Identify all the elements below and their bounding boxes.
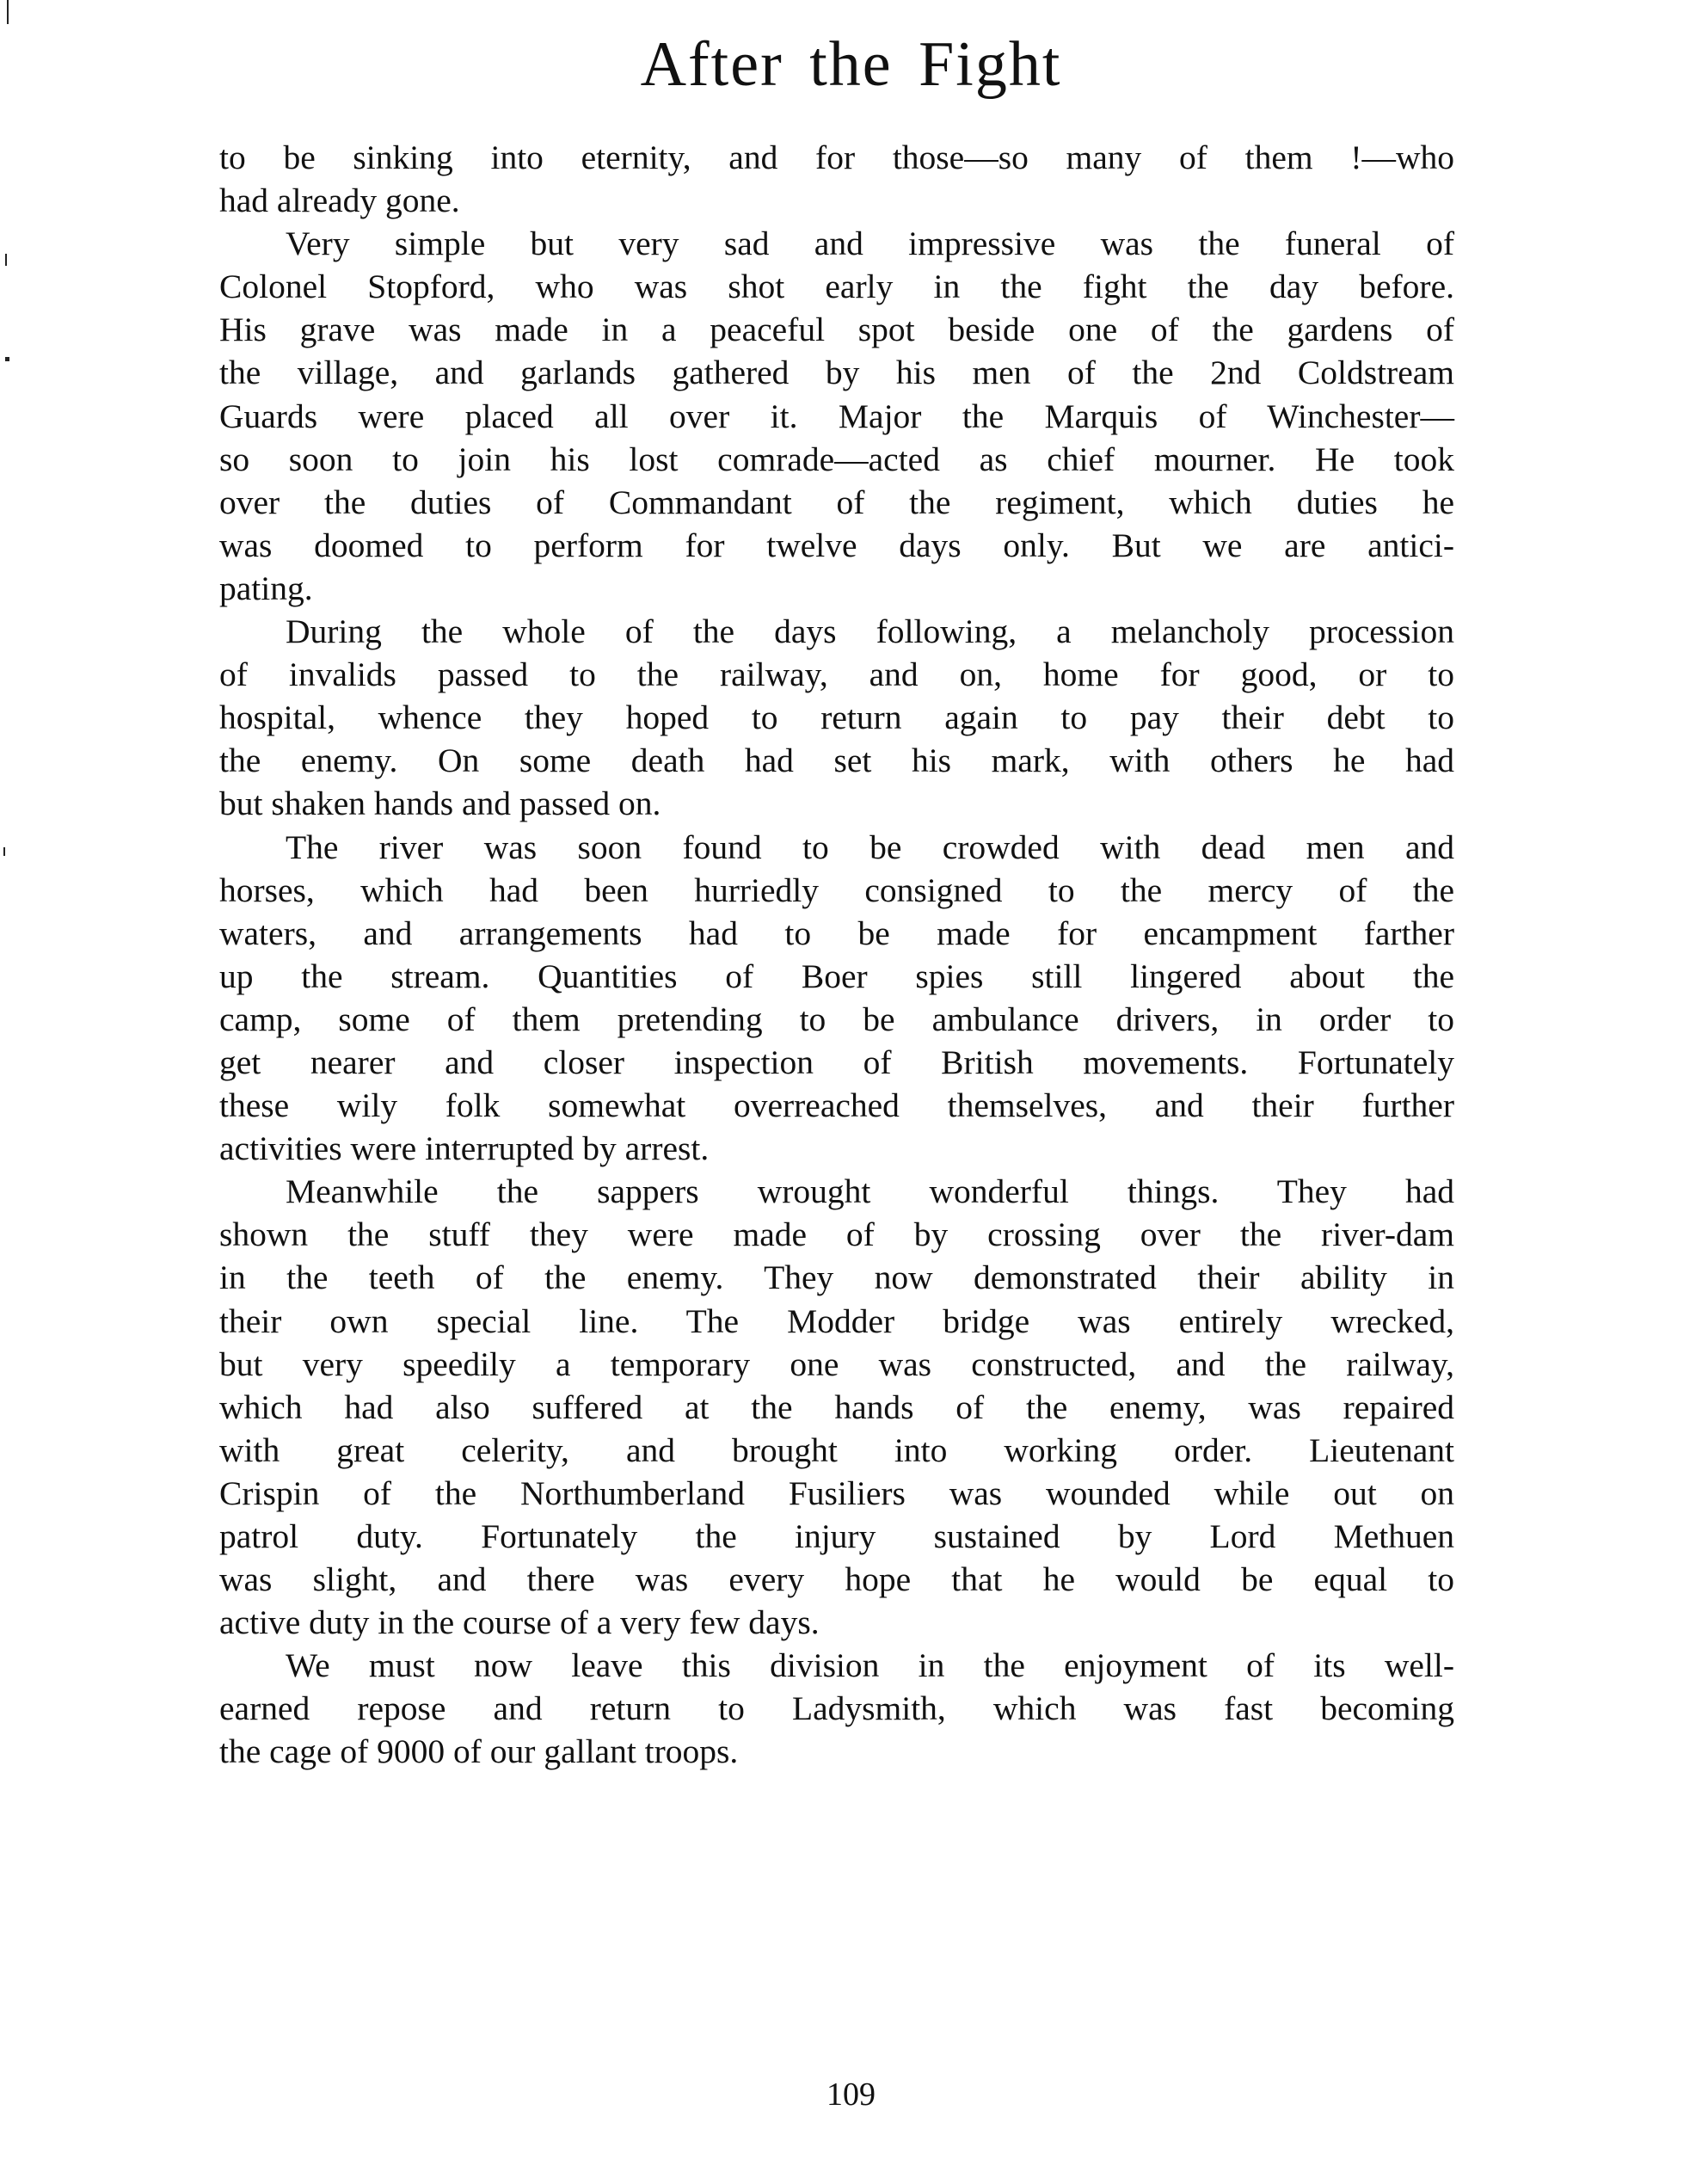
text-line: so soon to join his lost comrade—acted a… bbox=[219, 438, 1454, 481]
paragraph: The river was soon found to be crowded w… bbox=[219, 826, 1454, 1171]
text-line: Meanwhile the sappers wrought wonderful … bbox=[219, 1170, 1454, 1213]
text-line: horses, which had been hurriedly consign… bbox=[219, 869, 1454, 912]
text-line: patrol duty. Fortunately the injury sust… bbox=[219, 1515, 1454, 1558]
text-line: was slight, and there was every hope tha… bbox=[219, 1558, 1454, 1601]
text-line: waters, and arrangements had to be made … bbox=[219, 912, 1454, 955]
scan-artifact bbox=[7, 0, 9, 24]
text-line: During the whole of the days following, … bbox=[219, 610, 1454, 653]
text-line: The river was soon found to be crowded w… bbox=[219, 826, 1454, 869]
text-line: the enemy. On some death had set his mar… bbox=[219, 739, 1454, 782]
text-line: hospital, whence they hoped to return ag… bbox=[219, 696, 1454, 739]
text-line: the cage of 9000 of our gallant troops. bbox=[219, 1730, 1454, 1773]
text-line: but very speedily a temporary one was co… bbox=[219, 1343, 1454, 1386]
running-title: After the Fight bbox=[0, 26, 1702, 103]
paragraph: to be sinking into eternity, and for tho… bbox=[219, 136, 1454, 222]
text-line: shown the stuff they were made of by cro… bbox=[219, 1213, 1454, 1256]
text-line: activities were interrupted by arrest. bbox=[219, 1127, 1454, 1170]
text-line: Guards were placed all over it. Major th… bbox=[219, 395, 1454, 438]
text-line: up the stream. Quantities of Boer spies … bbox=[219, 955, 1454, 998]
text-line: with great celerity, and brought into wo… bbox=[219, 1429, 1454, 1472]
text-line: His grave was made in a peaceful spot be… bbox=[219, 308, 1454, 351]
text-line: but shaken hands and passed on. bbox=[219, 782, 1454, 825]
text-line: their own special line. The Modder bridg… bbox=[219, 1300, 1454, 1343]
text-line: pating. bbox=[219, 567, 1454, 610]
text-line: was doomed to perform for twelve days on… bbox=[219, 524, 1454, 567]
text-line: camp, some of them pretending to be ambu… bbox=[219, 998, 1454, 1041]
scan-artifact bbox=[3, 847, 5, 856]
text-line: Colonel Stopford, who was shot early in … bbox=[219, 265, 1454, 308]
text-line: active duty in the course of a very few … bbox=[219, 1601, 1454, 1644]
text-line: over the duties of Commandant of the reg… bbox=[219, 481, 1454, 524]
text-line: had already gone. bbox=[219, 179, 1454, 222]
book-page: After the Fight to be sinking into etern… bbox=[0, 0, 1702, 2184]
paragraph: Very simple but very sad and impressive … bbox=[219, 222, 1454, 610]
text-line: which had also suffered at the hands of … bbox=[219, 1386, 1454, 1429]
text-line: We must now leave this division in the e… bbox=[219, 1644, 1454, 1687]
text-line: Very simple but very sad and impressive … bbox=[219, 222, 1454, 265]
scan-artifact bbox=[5, 357, 9, 361]
scan-artifact bbox=[5, 254, 7, 266]
text-line: in the teeth of the enemy. They now demo… bbox=[219, 1256, 1454, 1299]
text-line: to be sinking into eternity, and for tho… bbox=[219, 136, 1454, 179]
paragraph: During the whole of the days following, … bbox=[219, 610, 1454, 825]
text-line: Crispin of the Northumberland Fusiliers … bbox=[219, 1472, 1454, 1515]
body-text: to be sinking into eternity, and for tho… bbox=[219, 136, 1454, 1774]
text-line: get nearer and closer inspection of Brit… bbox=[219, 1041, 1454, 1084]
text-line: these wily folk somewhat overreached the… bbox=[219, 1084, 1454, 1127]
text-line: earned repose and return to Ladysmith, w… bbox=[219, 1687, 1454, 1730]
text-line: the village, and garlands gathered by hi… bbox=[219, 351, 1454, 394]
paragraph: We must now leave this division in the e… bbox=[219, 1644, 1454, 1773]
paragraph: Meanwhile the sappers wrought wonderful … bbox=[219, 1170, 1454, 1644]
text-line: of invalids passed to the railway, and o… bbox=[219, 653, 1454, 696]
page-number: 109 bbox=[0, 2073, 1702, 2116]
